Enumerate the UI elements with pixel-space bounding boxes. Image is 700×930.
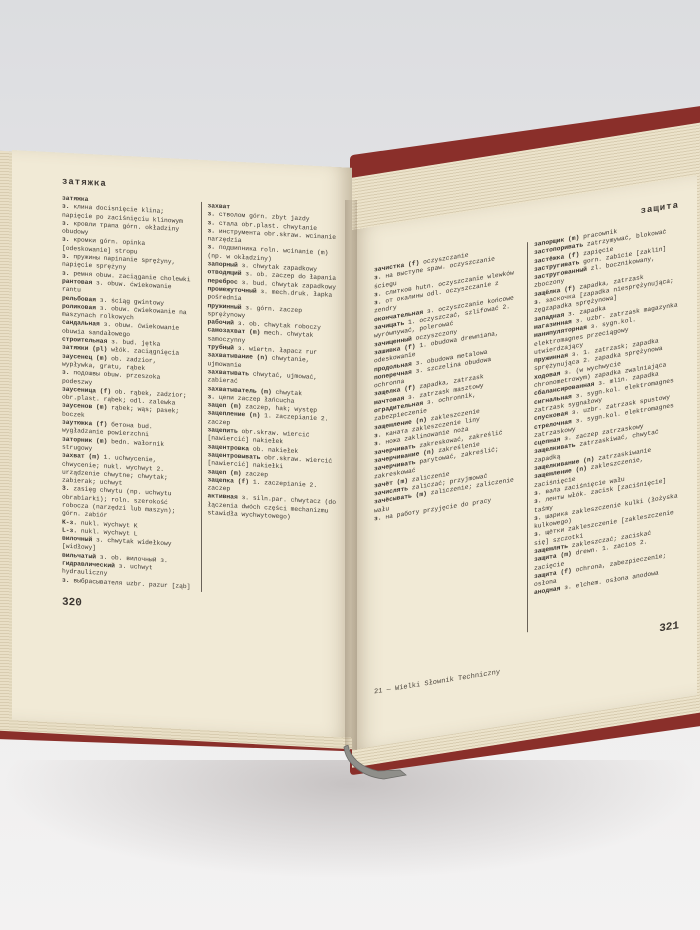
right-page: защита зачистка (f) oczyszczanieз. на вы… [352,175,697,750]
right-column-1: зачистка (f) oczyszczanieз. на выступе s… [374,244,519,657]
book-spine-gutter [345,200,357,750]
bookmark-ribbon [340,745,420,785]
left-page-number: 320 [62,597,338,623]
left-column-2: захватз. стволом górn. zbyt jazdyз. стал… [201,202,339,599]
photo-scene: затяжка затяжказ. клина docisnięcie klin… [0,0,700,930]
left-page: затяжка затяжказ. клина docisnięcie klin… [12,150,352,738]
left-column-1: затяжказ. клина docisnięcie klina; napię… [62,195,193,592]
right-page-columns: зачистка (f) oczyszczanieз. на выступе s… [374,218,679,656]
right-column-2: запорщик (m) pracownikзастопоривать zatr… [527,218,679,632]
left-page-columns: затяжказ. клина docisnięcie klina; napię… [62,195,338,599]
